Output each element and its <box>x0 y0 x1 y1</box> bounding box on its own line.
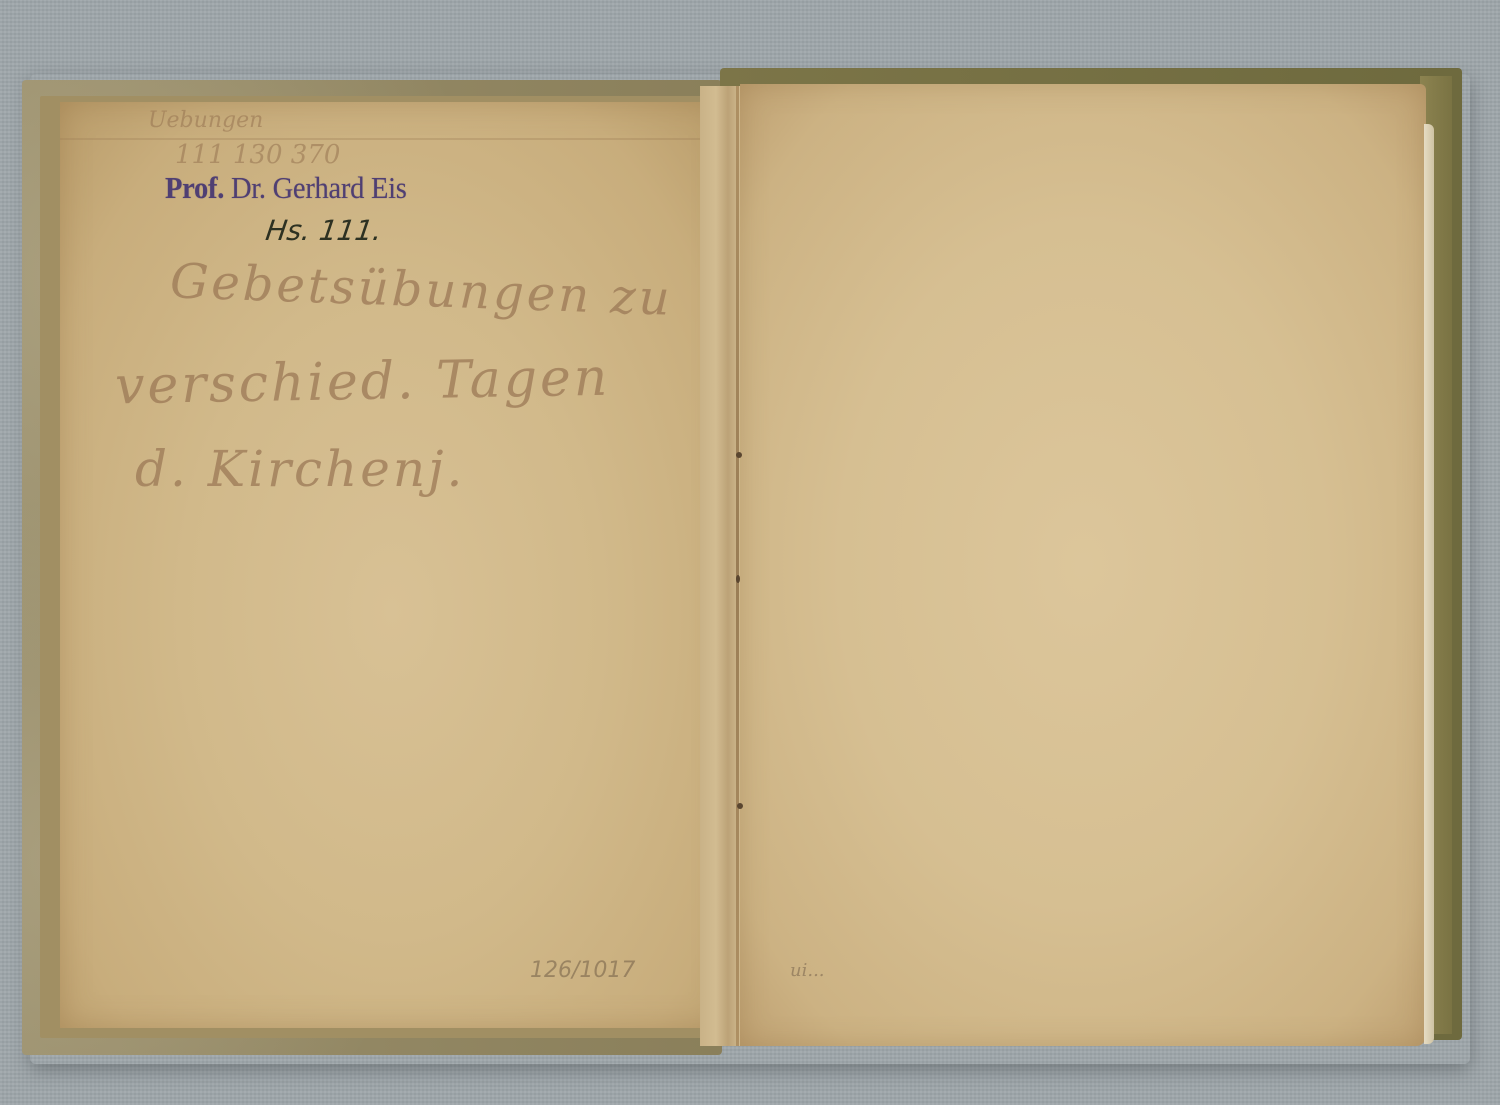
left-pastedown-page <box>60 102 724 1028</box>
gutter-crease <box>736 86 739 1046</box>
book-gutter <box>700 86 740 1046</box>
ownership-stamp: Prof. Dr. Gerhard Eis <box>165 170 407 206</box>
handwritten-title-line-2: verschied. Tagen <box>115 348 611 417</box>
handwritten-title-line-3: d. Kirchenj. <box>135 440 465 498</box>
faint-pencil-mark: ui... <box>790 960 825 981</box>
right-flyleaf-page <box>740 84 1426 1046</box>
pencil-number: 111 130 370 <box>175 140 340 170</box>
gutter-stitch-mark <box>736 575 740 583</box>
pencil-note-top: Uebungen <box>148 108 263 133</box>
pencil-inventory-code: 126/1017 <box>530 958 635 983</box>
gutter-stitch-mark <box>737 803 743 809</box>
stamp-prefix: Prof. <box>165 170 224 205</box>
page-fore-edge <box>1424 124 1434 1044</box>
pastedown-fold-line <box>60 138 724 140</box>
stamp-name: Dr. Gerhard Eis <box>231 170 407 205</box>
gutter-stitch-mark <box>736 452 742 458</box>
shelfmark: Hs. 111. <box>264 214 384 247</box>
